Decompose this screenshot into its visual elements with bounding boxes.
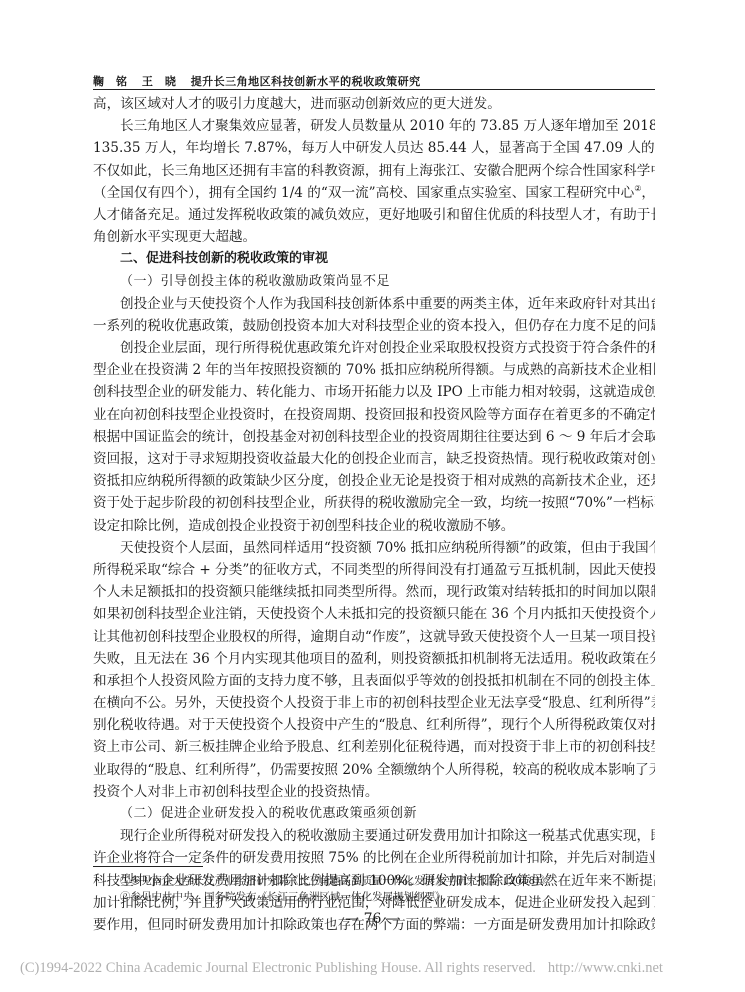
- line-text: 资回报，这对于寻求短期投资收益最大化的创投企业而言，缺乏投资热情。现行税收政策对…: [93, 451, 655, 467]
- line-text: 许企业将符合一定条件的研发费用按照 75% 的比例在企业所得税前加计扣除，并先后…: [93, 850, 655, 866]
- text-line: 一系列的税收优惠政策，鼓励创投资本加大对科技型企业的资本投入，但仍存在力度不足的…: [93, 315, 655, 337]
- line-text: 和承担个人投资风险方面的支持力度不够，且表面似乎等效的创投抵扣机制在不同的创投主…: [93, 673, 655, 689]
- line-text: 天使投资个人层面，虽然同样适用“投资额 70% 抵扣应纳税所得额”的政策，但由于…: [120, 540, 655, 556]
- line-text: 资于处于起步阶段的初创科技型企业，所获得的税收激励完全一致，均统一按照“70%”…: [93, 495, 655, 511]
- text-line: 创投企业与天使投资个人作为我国科技创新体系中重要的两类主体，近年来政府针对其出台…: [93, 293, 655, 315]
- text-line: 让其他初创科技型企业股权的所得，逾期自动“作废”，这就导致天使投资个人一旦某一项…: [93, 626, 655, 648]
- line-text: 135.35 万人，年均增长 7.87%，每万人中研发人员达 85.44 人，显…: [93, 140, 655, 156]
- text-line: 135.35 万人，年均增长 7.87%，每万人中研发人员达 85.44 人，显…: [93, 137, 655, 159]
- text-line: 如果初创科技型企业注销，天使投资个人未抵扣完的投资额只能在 36 个月内抵扣天使…: [93, 603, 655, 625]
- text-line: 资抵扣应纳税所得额的政策缺少区分度，创投企业无论是投资于相对成熟的高新技术企业，…: [93, 470, 655, 492]
- footnote-2: ②参见中共中央、国务院发布《长江三角洲区域一体化发展规划纲要》。: [120, 889, 556, 905]
- header-rule: [93, 89, 655, 90]
- line-text: 创科技型企业的研发能力、转化能力、市场开拓能力以及 IPO 上市能力相对较弱，这…: [93, 384, 655, 400]
- text-line: 失败，且无法在 36 个月内实现其他项目的盈利，则投资额抵扣机制将无法适用。税收…: [93, 648, 655, 670]
- subsection-heading-1: （一）引导创投主体的税收激励政策尚显不足: [93, 271, 655, 293]
- page-number: — 76 —: [0, 911, 745, 927]
- text-line: 在横向不公。另外，天使投资个人投资于非上市的初创科技型企业无法享受“股息、红利所…: [93, 692, 655, 714]
- line-text: 高，该区域对人才的吸引力度越大，进而驱动创新效应的更大迸发。: [93, 96, 501, 112]
- text-line: 个人未足额抵扣的投资额只能继续抵扣同类型所得。然而，现行政策对结转抵扣的时间加以…: [93, 581, 655, 603]
- running-header: 鞠 铭 王 晓 提升长三角地区科技创新水平的税收政策研究: [93, 73, 421, 89]
- text-line: 业取得的“股息、红利所得”，仍需要按照 20% 全额缴纳个人所得税，较高的税收成…: [93, 759, 655, 781]
- copyright-url[interactable]: http://www.cnki.net: [548, 960, 663, 976]
- text-line: 创投企业层面，现行所得税优惠政策允许对创投企业采取股权投资方式投资于符合条件的科…: [93, 337, 655, 359]
- text-line: 别化税收待遇。对于天使投资个人投资中产生的“股息、红利所得”，现行个人所得税政策…: [93, 714, 655, 736]
- text-line: （全国仅有四个），拥有全国约 1/4 的“双一流”高校、国家重点实验室、国家工程…: [93, 182, 655, 204]
- text-line: 资上市公司、新三板挂牌企业给予股息、红利差别化征税待遇，而对投资于非上市的初创科…: [93, 736, 655, 758]
- line-text: 设定扣除比例，造成创投企业投资于初创型科技企业的税收激励不够。: [93, 518, 514, 534]
- line-text: 长三角地区人才聚集效应显著，研发人员数量从 2010 年的 73.85 万人逐年…: [120, 118, 655, 134]
- line-text: 在横向不公。另外，天使投资个人投资于非上市的初创科技型企业无法享受“股息、红利所…: [93, 695, 655, 711]
- line-text: 创投企业层面，现行所得税优惠政策允许对创投企业采取股权投资方式投资于符合条件的科…: [120, 340, 655, 356]
- line-text: 业在向初创科技型企业投资时，在投资周期、投资回报和投资风险等方面存在着更多的不确…: [93, 407, 655, 423]
- line-text: 如果初创科技型企业注销，天使投资个人未抵扣完的投资额只能在 36 个月内抵扣天使…: [93, 606, 655, 622]
- line-text: 创投企业与天使投资个人作为我国科技创新体系中重要的两类主体，近年来政府针对其出台…: [120, 296, 655, 312]
- line-text: 投资个人对非上市初创科技型企业的投资热情。: [93, 784, 378, 800]
- text-line: 现行企业所得税对研发投入的税收激励主要通过研发费用加计扣除这一税基式优惠实现，即…: [93, 825, 655, 847]
- text-line: 设定扣除比例，造成创投企业投资于初创型科技企业的税收激励不够。: [93, 515, 655, 537]
- line-text: 型企业在投资满 2 年的当年按照投资额的 70% 抵扣应纳税所得额。与成熟的高新…: [93, 362, 655, 378]
- line-text: 失败，且无法在 36 个月内实现其他项目的盈利，则投资额抵扣机制将无法适用。税收…: [93, 651, 655, 667]
- copyright-text: (C)1994-2022 China Academic Journal Elec…: [20, 960, 536, 976]
- text-line: 长三角地区人才聚集效应显著，研发人员数量从 2010 年的 73.85 万人逐年…: [93, 115, 655, 137]
- line-tail: ，: [641, 185, 655, 201]
- text-line: 角创新水平实现更大超越。: [93, 226, 655, 248]
- text-line: 不仅如此，长三角地区还拥有丰富的科教资源，拥有上海张江、安徽合肥两个综合性国家科…: [93, 160, 655, 182]
- journal-page: 鞠 铭 王 晓 提升长三角地区科技创新水平的税收政策研究 高，该区域对人才的吸引…: [0, 0, 745, 992]
- line-text: 个人未足额抵扣的投资额只能继续抵扣同类型所得。然而，现行政策对结转抵扣的时间加以…: [93, 584, 655, 600]
- line-text: 让其他初创科技型企业股权的所得，逾期自动“作废”，这就导致天使投资个人一旦某一项…: [93, 629, 655, 645]
- header-author-2: 王 晓: [142, 75, 177, 88]
- text-line: 根据中国证监会的统计，创投基金对初创科技型企业的投资周期往往要达到 6 ～ 9 …: [93, 426, 655, 448]
- line-text: 资上市公司、新三板挂牌企业给予股息、红利差别化征税待遇，而对投资于非上市的初创科…: [93, 739, 655, 755]
- copyright-notice: (C)1994-2022 China Academic Journal Elec…: [20, 960, 663, 977]
- text-line: 资于处于起步阶段的初创科技型企业，所获得的税收激励完全一致，均统一按照“70%”…: [93, 492, 655, 514]
- text-line: 资回报，这对于寻求短期投资收益最大化的创投企业而言，缺乏投资热情。现行税收政策对…: [93, 448, 655, 470]
- header-author-1: 鞠 铭: [93, 75, 128, 88]
- text-line: 和承担个人投资风险方面的支持力度不够，且表面似乎等效的创投抵扣机制在不同的创投主…: [93, 670, 655, 692]
- text-line: 天使投资个人层面，虽然同样适用“投资额 70% 抵扣应纳税所得额”的政策，但由于…: [93, 537, 655, 559]
- line-text: 业取得的“股息、红利所得”，仍需要按照 20% 全额缴纳个人所得税，较高的税收成…: [93, 762, 655, 778]
- line-text: 根据中国证监会的统计，创投基金对初创科技型企业的投资周期往往要达到 6 ～ 9 …: [93, 429, 655, 445]
- footnote-1: ①参见南京大学长江产业经济研究院《长三角地区高质量一体化发展水平研究报告（201…: [120, 873, 556, 889]
- line-text: 一系列的税收优惠政策，鼓励创投资本加大对科技型企业的资本投入，但仍存在力度不足的…: [93, 318, 655, 334]
- subsection-heading-2: （二）促进企业研发投入的税收优惠政策亟须创新: [93, 803, 655, 825]
- section-heading: 二、促进科技创新的税收政策的审视: [93, 248, 655, 270]
- text-line: 所得税采取“综合 + 分类”的征收方式，不同类型的所得间没有打通盈亏互抵机制，因…: [93, 559, 655, 581]
- line-text: 角创新水平实现更大超越。: [93, 229, 256, 245]
- text-line: 业在向初创科技型企业投资时，在投资周期、投资回报和投资风险等方面存在着更多的不确…: [93, 404, 655, 426]
- text-line: 人才储备充足。通过发挥税收政策的减负效应，更好地吸引和留住优质的科技型人才，有助…: [93, 204, 655, 226]
- header-article-title: 提升长三角地区科技创新水平的税收政策研究: [191, 75, 421, 88]
- text-line: 高，该区域对人才的吸引力度越大，进而驱动创新效应的更大迸发。: [93, 93, 655, 115]
- text-line: 型企业在投资满 2 年的当年按照投资额的 70% 抵扣应纳税所得额。与成熟的高新…: [93, 359, 655, 381]
- text-line: 创科技型企业的研发能力、转化能力、市场开拓能力以及 IPO 上市能力相对较弱，这…: [93, 381, 655, 403]
- line-text: 所得税采取“综合 + 分类”的征收方式，不同类型的所得间没有打通盈亏互抵机制，因…: [93, 562, 655, 578]
- article-body: 高，该区域对人才的吸引力度越大，进而驱动创新效应的更大迸发。长三角地区人才聚集效…: [93, 93, 655, 936]
- text-line: 投资个人对非上市初创科技型企业的投资热情。: [93, 781, 655, 803]
- footnote-rule: [93, 866, 203, 867]
- line-text: 现行企业所得税对研发投入的税收激励主要通过研发费用加计扣除这一税基式优惠实现，即…: [120, 828, 655, 844]
- line-text: 人才储备充足。通过发挥税收政策的减负效应，更好地吸引和留住优质的科技型人才，有助…: [93, 207, 655, 223]
- line-text: 不仅如此，长三角地区还拥有丰富的科教资源，拥有上海张江、安徽合肥两个综合性国家科…: [93, 163, 655, 179]
- line-text: 别化税收待遇。对于天使投资个人投资中产生的“股息、红利所得”，现行个人所得税政策…: [93, 717, 655, 733]
- footnotes: ①参见南京大学长江产业经济研究院《长三角地区高质量一体化发展水平研究报告（201…: [120, 873, 556, 905]
- line-text: （全国仅有四个），拥有全国约 1/4 的“双一流”高校、国家重点实验室、国家工程…: [93, 185, 634, 201]
- line-text: 资抵扣应纳税所得额的政策缺少区分度，创投企业无论是投资于相对成熟的高新技术企业，…: [93, 473, 655, 489]
